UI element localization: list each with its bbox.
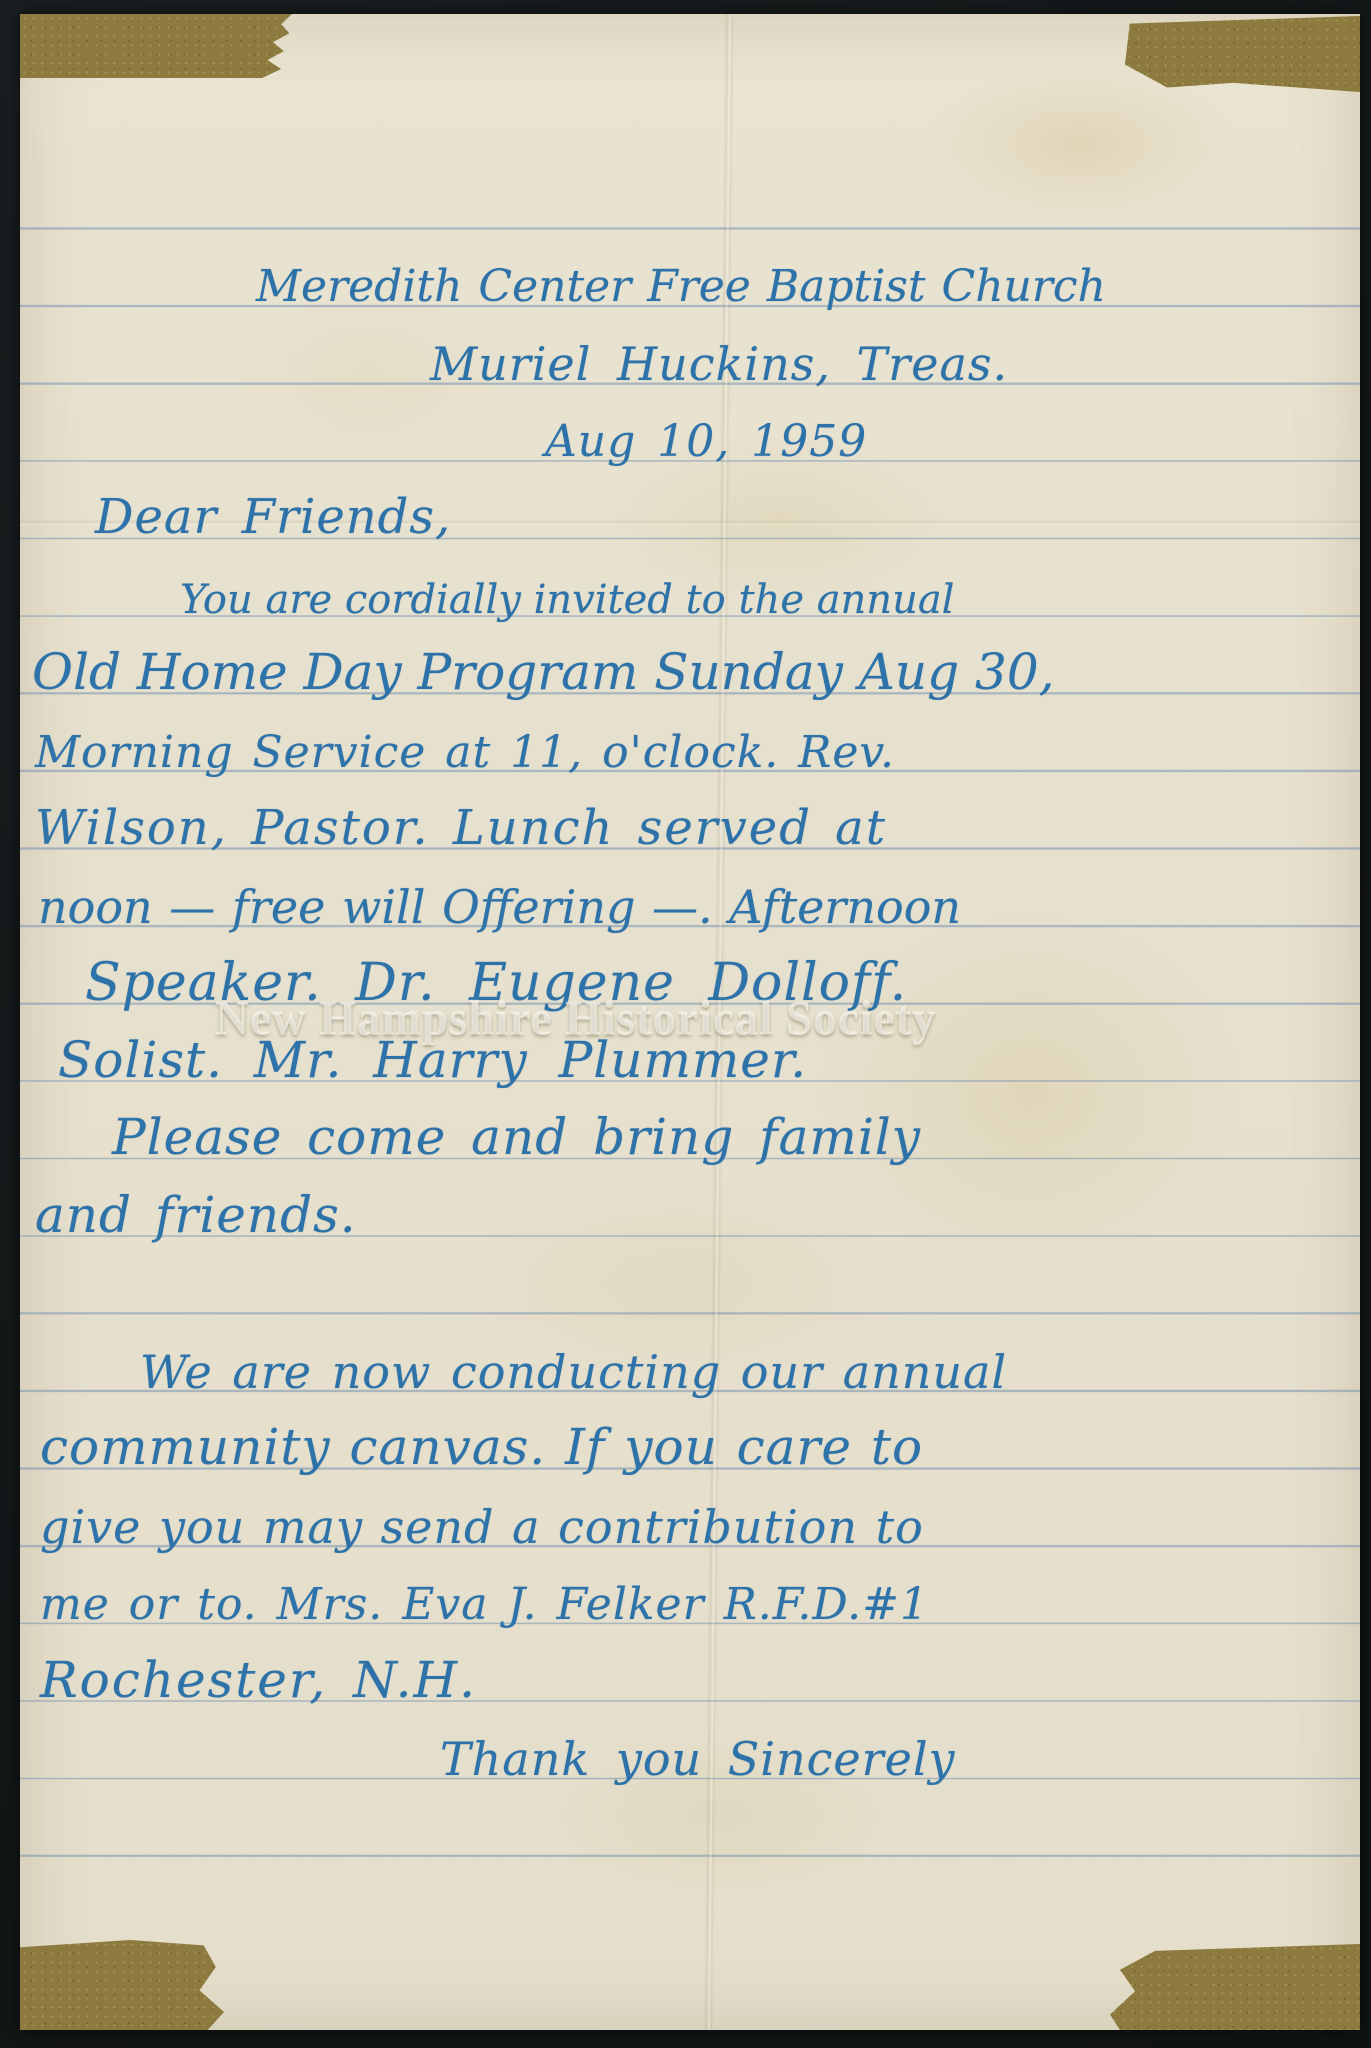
handwritten-line-body: Rochester, N.H.	[40, 1653, 477, 1708]
handwritten-line-body: Please come and bring family	[112, 1110, 921, 1165]
handwritten-line-body: noon — free will Offering —. Afternoon	[38, 882, 961, 933]
handwritten-line-body: me or to. Mrs. Eva J. Felker R.F.D.#1	[40, 1581, 929, 1629]
handwritten-line-body: Solist. Mr. Harry Plummer.	[58, 1033, 807, 1088]
vertical-fold-crease	[703, 14, 734, 2030]
handwritten-line-header-writer: Muriel Huckins, Treas.	[430, 339, 1008, 390]
handwritten-line-body: community canvas. If you care to	[40, 1420, 923, 1475]
tape-bottom-left	[20, 1940, 224, 2030]
letter-page: Meredith Center Free Baptist ChurchMurie…	[20, 14, 1360, 2030]
handwritten-line-body: and friends.	[35, 1188, 357, 1243]
handwritten-line-header-organization: Meredith Center Free Baptist Church	[256, 263, 1106, 311]
handwritten-line-body: Speaker. Dr. Eugene Dolloff.	[85, 955, 907, 1012]
handwritten-line-body: Wilson, Pastor. Lunch served at	[35, 802, 887, 855]
handwritten-line-body: Morning Service at 11, o'clock. Rev.	[35, 729, 895, 777]
handwritten-line-body: give you may send a contribution to	[40, 1502, 924, 1553]
handwritten-line-body: We are now conducting our annual	[140, 1347, 1007, 1398]
handwritten-line-header-date: Aug 10, 1959	[545, 418, 867, 466]
tape-bottom-right	[1110, 1944, 1360, 2030]
handwritten-line-body: You are cordially invited to the annual	[180, 578, 954, 622]
tape-top-right	[1125, 16, 1360, 92]
tape-top-left	[20, 14, 292, 78]
handwritten-line-salutation: Dear Friends,	[95, 491, 451, 544]
handwritten-line-body: Old Home Day Program Sunday Aug 30,	[32, 645, 1055, 700]
handwritten-line-closing: Thank you Sincerely	[440, 1734, 956, 1785]
